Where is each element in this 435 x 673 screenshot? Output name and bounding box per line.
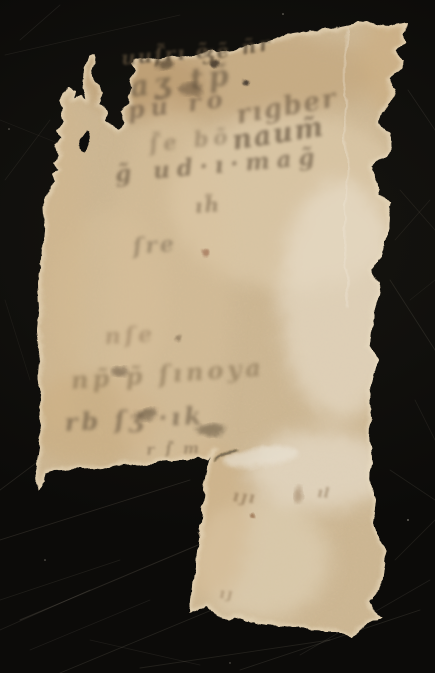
fragment-photo — [0, 0, 435, 673]
parchment-fragment — [0, 0, 435, 673]
photo-stage: uuſ̃rı ẽ ʒẽ ñr aʒ tp̃ pũ ro rıgber ſ̃e b… — [0, 0, 435, 673]
